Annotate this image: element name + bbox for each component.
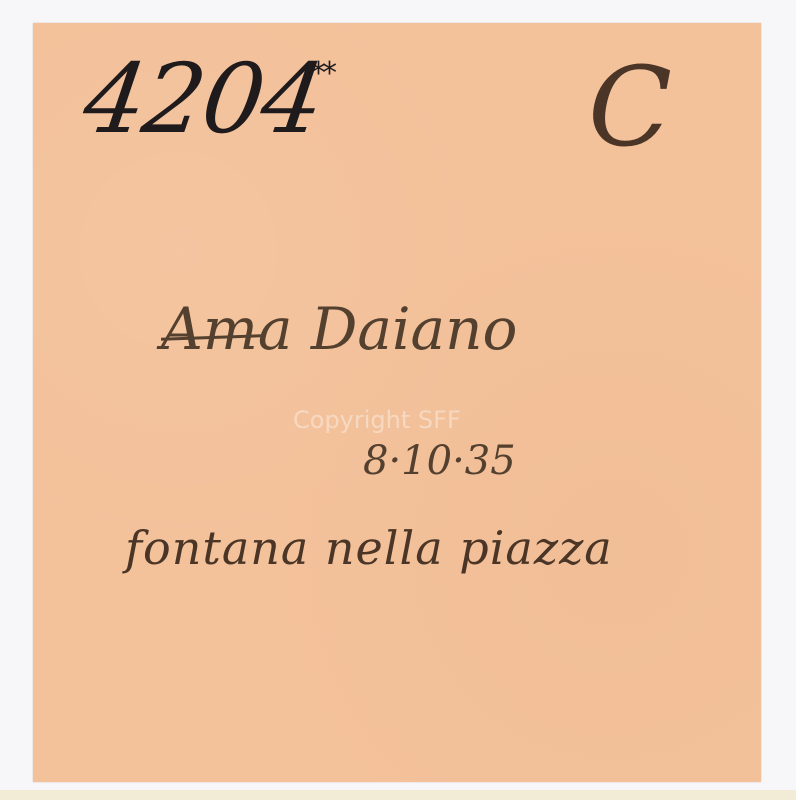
scan-background: 4204 ** C Ama Daiano 8·10·35 fontana nel…: [0, 0, 796, 800]
bottom-edge-strip: [0, 790, 796, 800]
date-text: 8·10·35: [363, 438, 516, 484]
archive-card: 4204 ** C Ama Daiano 8·10·35 fontana nel…: [33, 23, 761, 782]
copyright-watermark: Copyright SFF: [293, 406, 461, 434]
corner-letter: C: [588, 43, 672, 171]
catalog-number: 4204: [77, 43, 329, 155]
description-text: fontana nella piazza: [125, 521, 613, 575]
star-marks-icon: **: [311, 56, 333, 91]
place-name: Ama Daiano: [161, 295, 517, 363]
